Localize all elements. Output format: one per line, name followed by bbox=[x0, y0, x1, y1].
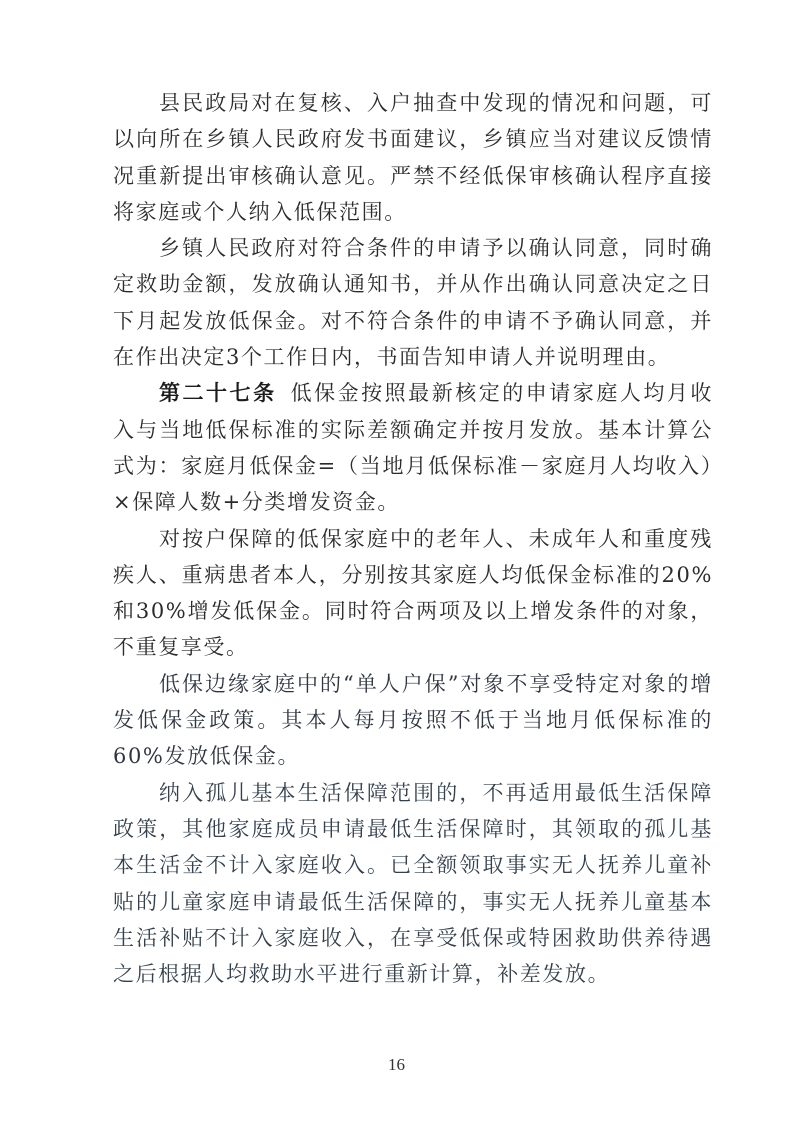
paragraph-text: 乡镇人民政府对符合条件的申请予以确认同意，同时确定救助金额，发放确认通知书，并从… bbox=[113, 236, 713, 369]
paragraph-orphan-support: 纳入孤儿基本生活保障范围的，不再适用最低生活保障政策，其他家庭成员申请最低生活保… bbox=[113, 775, 713, 993]
paragraph-additional-allowance: 对按户保障的低保家庭中的老年人、未成年人和重度残疾人、重病患者本人，分别按其家庭… bbox=[113, 521, 713, 666]
paragraph-text: 对按户保障的低保家庭中的老年人、未成年人和重度残疾人、重病患者本人，分别按其家庭… bbox=[113, 527, 713, 660]
document-page: 县民政局对在复核、入户抽查中发现的情况和问题，可以向所在乡镇人民政府发书面建议，… bbox=[0, 0, 793, 1122]
paragraph-review-suggestions: 县民政局对在复核、入户抽查中发现的情况和问题，可以向所在乡镇人民政府发书面建议，… bbox=[113, 85, 713, 230]
paragraph-text: 县民政局对在复核、入户抽查中发现的情况和问题，可以向所在乡镇人民政府发书面建议，… bbox=[113, 91, 713, 224]
article-number: 第二十七条 bbox=[159, 380, 277, 405]
paragraph-text: 纳入孤儿基本生活保障范围的，不再适用最低生活保障政策，其他家庭成员申请最低生活保… bbox=[113, 781, 713, 986]
page-number: 16 bbox=[0, 1055, 793, 1075]
paragraph-text: 低保边缘家庭中的“单人户保”对象不享受特定对象的增发低保金政策。其本人每月按照不… bbox=[113, 672, 713, 769]
paragraph-approval-notice: 乡镇人民政府对符合条件的申请予以确认同意，同时确定救助金额，发放确认通知书，并从… bbox=[113, 230, 713, 375]
paragraph-article-27: 第二十七条低保金按照最新核定的申请家庭人均月收入与当地低保标准的实际差额确定并按… bbox=[113, 375, 713, 520]
document-body: 县民政局对在复核、入户抽查中发现的情况和问题，可以向所在乡镇人民政府发书面建议，… bbox=[113, 85, 713, 992]
paragraph-single-household: 低保边缘家庭中的“单人户保”对象不享受特定对象的增发低保金政策。其本人每月按照不… bbox=[113, 666, 713, 775]
